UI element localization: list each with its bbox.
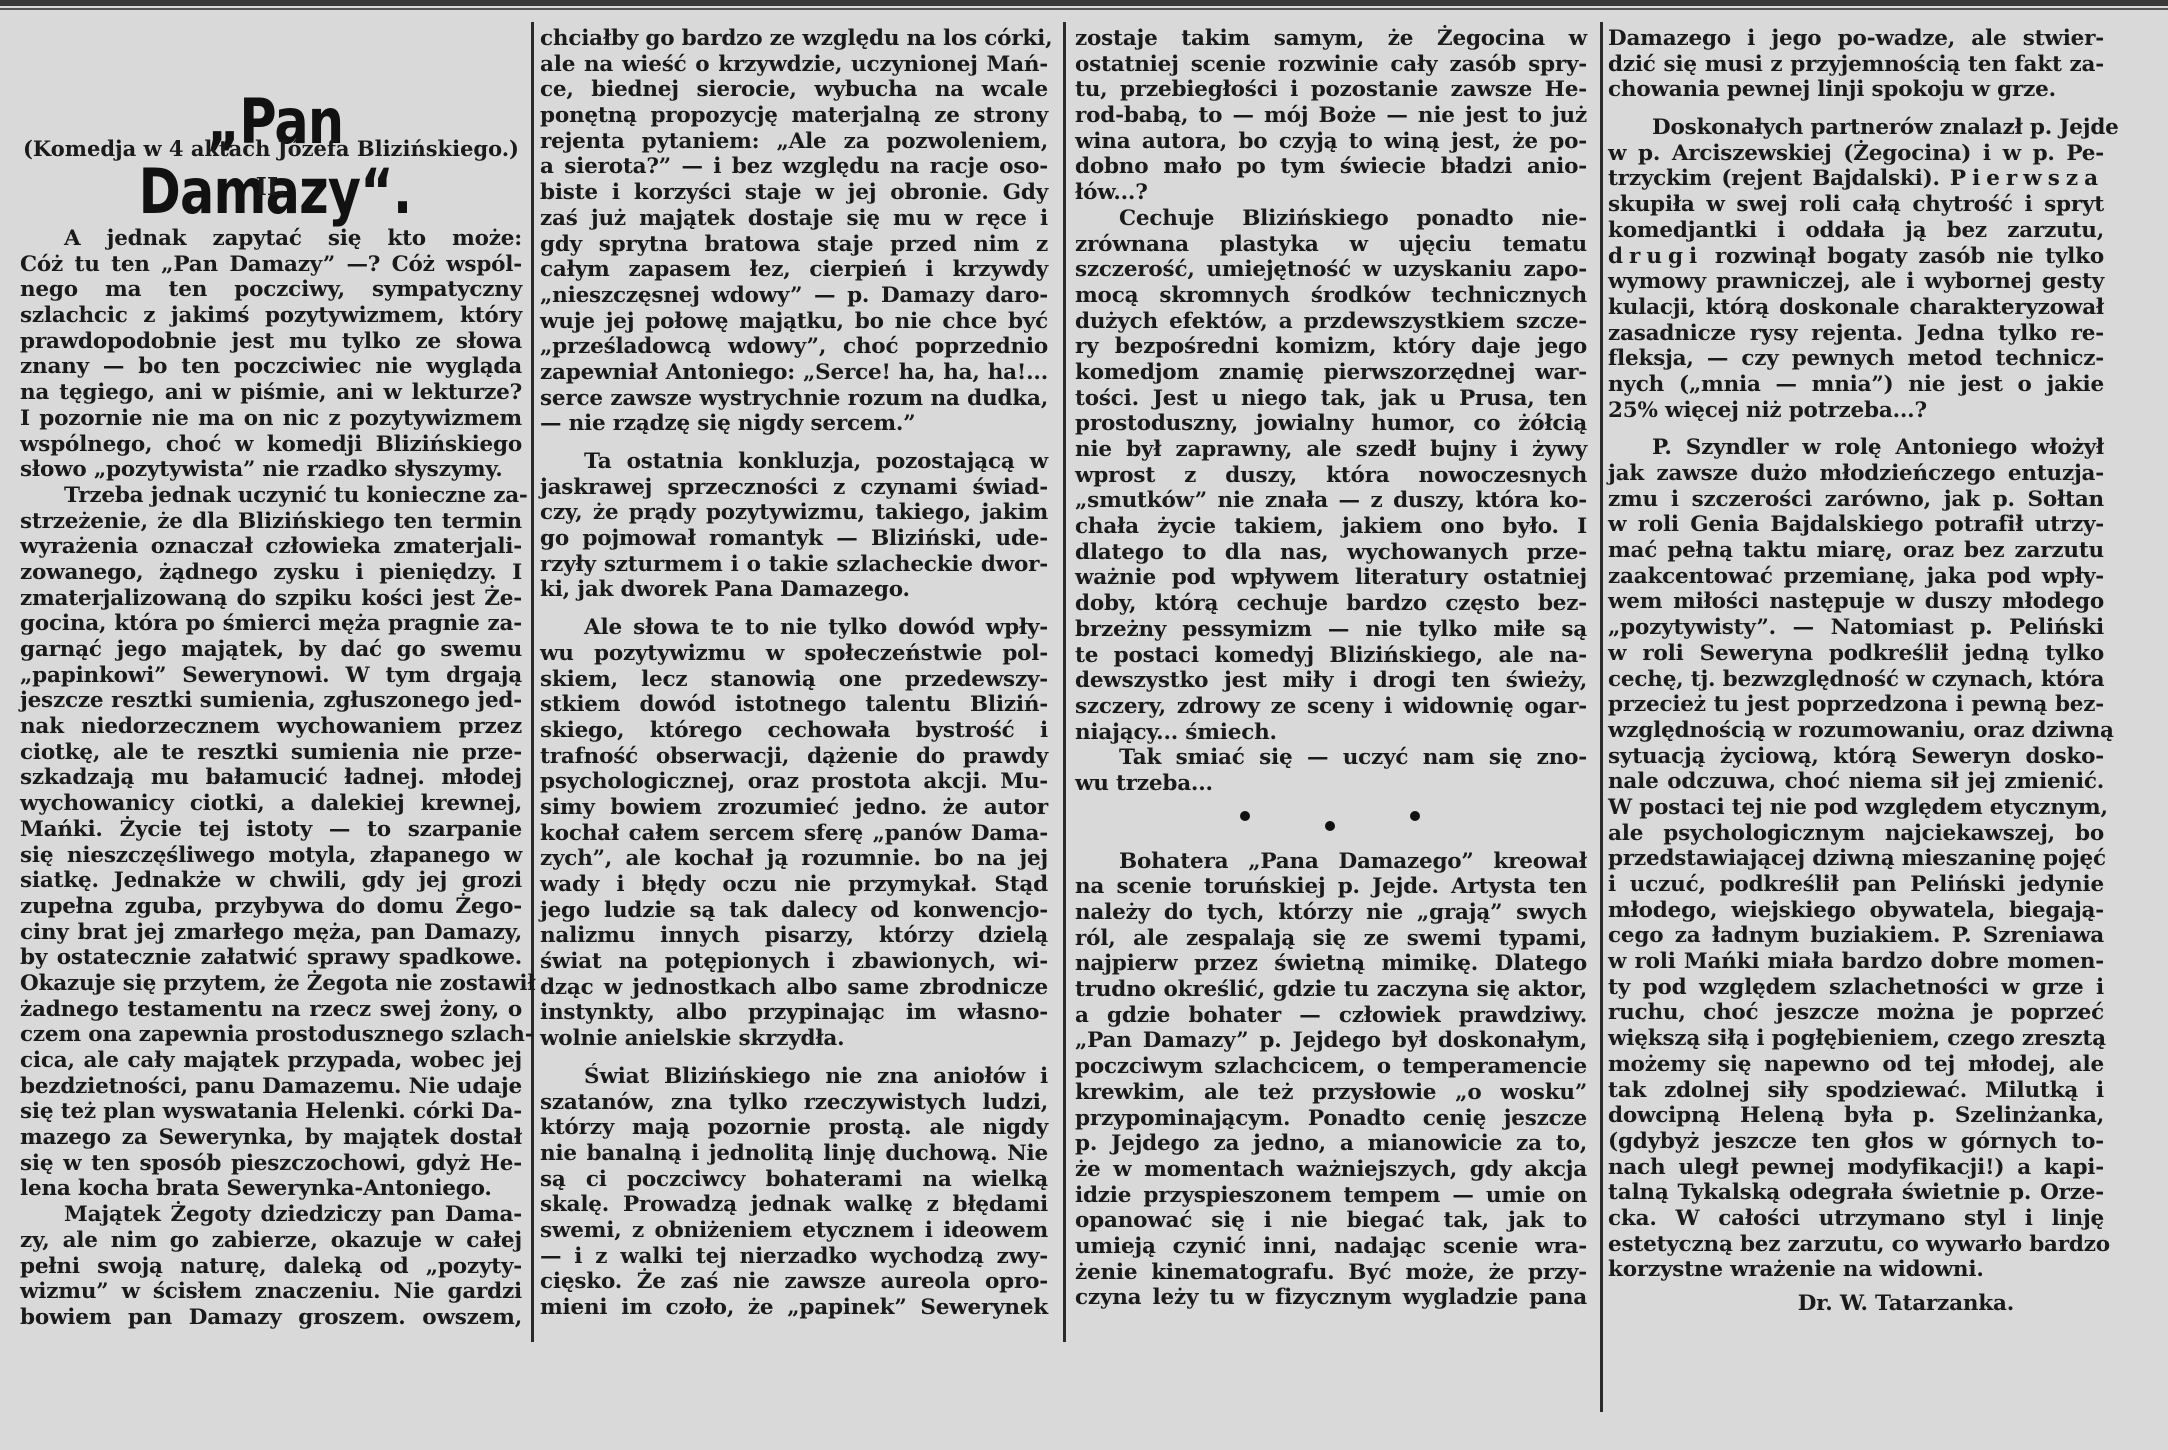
text-line: by ostatecznie załatwić sprawy spadkowe. (20, 945, 522, 971)
text-line: Majątek Żegoty dziedziczy pan Dama- (20, 1202, 522, 1228)
text-line: na scenie toruńskiej p. Jejde. Artysta t… (1075, 874, 1587, 900)
text-line: bowiem pan Damazy groszem. owszem, (20, 1305, 522, 1331)
column-4: Damazego i jego po-wadze, ale stwier-dzi… (1608, 26, 2104, 1317)
text-line: chowania pewnej linji spokoju w grze. (1608, 77, 2104, 103)
text-line: nalizmu innych pisarzy, którzy dzielą (540, 923, 1048, 949)
text-line: dzić się musi z przyjemnością ten fakt z… (1608, 52, 2104, 78)
text-line: Trzeba jednak uczynić tu konieczne za- (20, 483, 522, 509)
article-part-number: II. (20, 172, 522, 202)
text-line: zych”, ale kochał ją rozumnie. bo na jej (540, 846, 1048, 872)
text-line: Bohatera „Pana Damazego” kreował (1075, 849, 1587, 875)
text-line: dząc w jednostkach albo same zbrodnicze (540, 975, 1048, 1001)
text-line: dewszystko jest miły i drogi ten świeży, (1075, 668, 1587, 694)
text-line: Damazego i jego po-wadze, ale stwier- (1608, 26, 2104, 52)
text-line: Ta ostatnia konkluzja, pozostającą w (540, 449, 1048, 475)
text-line: skiego, którego cechowała bystrość i (540, 718, 1048, 744)
author-signature: Dr. W. Tatarzanka. (1608, 1291, 2104, 1317)
text-line: ponętną propozycję materjalną ze strony (540, 103, 1048, 129)
text-line: łów...? (1075, 180, 1587, 206)
text-line: szczerość, umiejętność w uzyskaniu zapo- (1075, 257, 1587, 283)
text-line: dowcipną Heleną była p. Szelinżanka, (1608, 1103, 2104, 1129)
text-line: mocą skromnych środków technicznych (1075, 283, 1587, 309)
text-line: psychologicznej, oraz prostota akcji. Mu… (540, 769, 1048, 795)
text-line: czem ona zapewnia prostodusznego szlach- (20, 1022, 522, 1048)
text-line: zasadnicze rysy rejenta. Jedna tylko re- (1608, 321, 2104, 347)
text-line: wu trzeba... (1075, 771, 1587, 797)
text-line: wady i błędy oczu nie przymykał. Stąd (540, 872, 1048, 898)
text-line: najpierw przez świetną mimikę. Dlatego (1075, 951, 1587, 977)
text-line: ce, biednej sierocie, wybucha na wcale (540, 77, 1048, 103)
text-line: „papinkowi” Sewerynowi. W tym drgają (20, 663, 522, 689)
text-line: tości. Jest u niego tak, jak u Prusa, te… (1075, 386, 1587, 412)
text-line: gocina, która po śmierci męża pragnie za… (20, 611, 522, 637)
section-separator-dots (1075, 797, 1587, 849)
text-line: komedjom znamię pierwszorzędnej war- (1075, 360, 1587, 386)
text-line: wuje jej połowę majątku, bo nie chce być (540, 309, 1048, 335)
text-line: szczery, zdrowy ze sceny i widownię ogar… (1075, 694, 1587, 720)
top-border-rule (0, 0, 2168, 6)
text-line: I pozornie nie ma on nic z pozytywizmem (20, 406, 522, 432)
column-2: chciałby go bardzo ze względu na los cór… (540, 26, 1048, 1321)
text-line: sytuacją życiową, którą Seweryn dosko- (1608, 744, 2104, 770)
text-line: a gdzie bohater — człowiek prawdziwy. (1075, 1003, 1587, 1029)
text-line: nach uległ pewnej modyfikacji!) a kapi- (1608, 1155, 2104, 1181)
text-line: tak zdolnej siły spodziewać. Milutką i (1608, 1078, 2104, 1104)
text-line: ciotkę, ale te resztki sumienia nie prze… (20, 740, 522, 766)
text-line: wem miłości następuje w duszy młodego (1608, 589, 2104, 615)
text-line: prawdopodobnie jest mu tylko ze słowa (20, 329, 522, 355)
text-line: poczciwym szlachcicem, o temperamencie (1075, 1054, 1587, 1080)
text-line: szatanów, zna tylko rzeczywistych ludzi, (540, 1090, 1048, 1116)
text-line: zowanego, żądnego zysku i pieniędzy. I (20, 560, 522, 586)
separator-dot-icon (1325, 821, 1335, 831)
text-line: się w ten sposób pieszczochowi, gdyż He- (20, 1151, 522, 1177)
text-line: „prześladowcą wdowy”, choć poprzednio (540, 334, 1048, 360)
column-divider (1063, 22, 1066, 1342)
text-line: trudno określić, gdzie tu zaczyna się ak… (1075, 977, 1587, 1003)
text-line: kochał całem sercem sferę „panów Dama- (540, 821, 1048, 847)
text-line: zupełna zguba, przybywa do domu Żego- (20, 894, 522, 920)
text-line: kulacji, którą doskonale charakteryzował (1608, 295, 2104, 321)
text-line: nak niedorzecznem wychowaniem przez (20, 714, 522, 740)
text-line: skiem, lecz stanowią one przedewszy- (540, 667, 1048, 693)
text-line: żadnego testamentu na rzecz swej żony, o (20, 997, 522, 1023)
text-line: A jednak zapytać się kto może: (20, 226, 522, 252)
paragraph-gap (540, 437, 1048, 449)
text-line: cięsko. Że zaś nie zawsze aureola opro- (540, 1269, 1048, 1295)
text-line: garnąć jego majątek, by dać go swemu (20, 637, 522, 663)
text-line: te postaci komedyj Blizińskiego, ale na- (1075, 643, 1587, 669)
text-line: mieni im czoło, że „papinek” Sewerynek (540, 1295, 1048, 1321)
text-line: Cóż tu ten „Pan Damazy” —? Cóż wspól- (20, 252, 522, 278)
text-line: nie był zaprawny, ale szedł bujny i żywy (1075, 437, 1587, 463)
text-line: młodego, wiejskiego obywatela, biegają- (1608, 898, 2104, 924)
text-line: należy do tych, którzy nie „grają” swych (1075, 900, 1587, 926)
text-line: idzie przyspieszonem tempem — umie on (1075, 1183, 1587, 1209)
text-line: doby, którą cechuje bardzo często bez- (1075, 591, 1587, 617)
text-line: ale psychologicznym najciekawszej, bo (1608, 821, 2104, 847)
text-line: że w momentach ważniejszych, gdy akcja (1075, 1157, 1587, 1183)
text-line: nego ma ten poczciwy, sympatyczny (20, 277, 522, 303)
text-line: ostatniej scenie rozwinie cały zasób spr… (1075, 52, 1587, 78)
text-line: słowo „pozytywista” nie rzadko słyszymy. (20, 457, 522, 483)
text-line: dlatego to dla nas, wychowanych prze- (1075, 540, 1587, 566)
text-line: zaakcentować przemianę, jaka pod wpły- (1608, 564, 2104, 590)
text-line: dobno mało po tym świecie bładzi anio- (1075, 154, 1587, 180)
text-line: ważnie pod wpływem literatury ostatniej (1075, 565, 1587, 591)
text-line: mazego za Sewerynka, by majątek dostał (20, 1125, 522, 1151)
text-line: tu, przebiegłości i pozostanie zawsze He… (1075, 77, 1587, 103)
text-line: chała życie takiem, jakiem ono było. I (1075, 514, 1587, 540)
text-line: jeszcze resztki sumienia, zgłuszonego je… (20, 688, 522, 714)
paragraph-gap (1608, 103, 2104, 115)
article-subtitle: (Komedja w 4 aktach Józefa Blizińskiego.… (16, 135, 526, 163)
text-line: gdy sprytna bratowa staje przed nim z (540, 232, 1048, 258)
text-line: bezdzietności, panu Damazemu. Nie udaje (20, 1074, 522, 1100)
column-divider (1600, 22, 1603, 1412)
paragraph-gap (540, 603, 1048, 615)
text-line: znany — bo ten poczciwiec nie wygląda (20, 354, 522, 380)
text-line: „nieszczęsnej wdowy” — p. Damazy daro- (540, 283, 1048, 309)
text-line: chciałby go bardzo ze względu na los cór… (540, 26, 1048, 52)
text-line: lena kocha brata Sewerynka-Antoniego. (20, 1176, 522, 1202)
text-line: całym zapasem łez, cierpień i krzywdy (540, 257, 1048, 283)
text-line: „pozytywisty”. — Natomiast p. Peliński (1608, 615, 2104, 641)
text-line: prostoduszny, jowialny humor, co żółcią (1075, 411, 1587, 437)
text-line: ciny brat jej zmarłego męża, pan Damazy, (20, 920, 522, 946)
text-line: fleksja, — czy pewnych metod technicz- (1608, 346, 2104, 372)
text-line: korzystne wrażenie na widowni. (1608, 1257, 2104, 1283)
text-line: przecież tu jest poprzedzona i pewną bez… (1608, 692, 2104, 718)
paragraph-gap (1608, 423, 2104, 435)
text-line: cego za ładnym buziakiem. P. Szreniawa (1608, 923, 2104, 949)
text-line: którzy mają pozornie prostą. ale nigdy (540, 1115, 1048, 1141)
text-line: cica, ale cały majątek przypada, wobec j… (20, 1048, 522, 1074)
text-line: w roli Genia Bajdalskiego potrafił utrzy… (1608, 512, 2104, 538)
emphasized-word: drugi (1608, 244, 1703, 269)
text-line: niający... śmiech. (1075, 720, 1587, 746)
text-line: „Pan Damazy” p. Jejdego był doskonałym, (1075, 1028, 1587, 1054)
text-line: w roli Mańki miała bardzo dobre momen- (1608, 949, 2104, 975)
text-line: skalę. Prowadzą jednak walkę z błędami (540, 1192, 1048, 1218)
text-line: zostaje takim samym, że Żegocina w (1075, 26, 1587, 52)
text-line: się też plan wyswatania Helenki. córki D… (20, 1099, 522, 1125)
text-line: Okazuje się przytem, że Żegota nie zosta… (20, 971, 522, 997)
text-line: krewkim, ale też przysłowie „o wosku” (1075, 1080, 1587, 1106)
text-line: mać pełną taktu miarę, oraz bez zarzutu (1608, 538, 2104, 564)
text-line: trafność obserwacji, dążenie do prawdy (540, 744, 1048, 770)
text-line: biste i korzyści staje w jej obronie. Gd… (540, 180, 1048, 206)
text-line: i uczuć, podkreślił pan Peliński jedynie (1608, 872, 2104, 898)
text-line: drugi rozwinął bogaty zasób nie tylko (1608, 244, 2104, 270)
text-line: czyna leży tu w fizycznym wygladzie pana (1075, 1285, 1587, 1311)
text-line: wymowy prawniczej, ale i wybornej gesty (1608, 269, 2104, 295)
text-line: komedjantki i oddała ją bez zarzutu, (1608, 218, 2104, 244)
text-line: ale na wieść o krzywdzie, uczynionej Mań… (540, 52, 1048, 78)
text-line: estetyczną bez zarzutu, co wywarło bardz… (1608, 1232, 2104, 1258)
text-line: opanować się i nie biegać tak, jak to (1075, 1208, 1587, 1234)
text-line: go pojmował romantyk — Bliziński, ude- (540, 526, 1048, 552)
text-line: cka. W całości utrzymano styl i linję (1608, 1206, 2104, 1232)
text-line: są ci poczciwcy bohaterami na wielką (540, 1167, 1048, 1193)
text-line: W postaci tej nie pod względem etycznym, (1608, 795, 2104, 821)
text-line: trzyckim (rejent Bajdalski). Pierwsza (1608, 166, 2104, 192)
text-line: umieją czynić inni, nadając scenie wra- (1075, 1234, 1587, 1260)
text-line: Tak smiać się — uczyć nam się zno- (1075, 745, 1587, 771)
text-line: jak zawsze dużo młodzieńczego entuzja- (1608, 461, 2104, 487)
text-line: szkadzają mu bałamucić ładnej. młodej (20, 765, 522, 791)
text-line: p. Jejdego za jedno, a mianowicie za to, (1075, 1131, 1587, 1157)
text-line: stkiem dowód istotnego talentu Bliziń- (540, 692, 1048, 718)
text-line: jego ludzie są tak dalecy od konwencjo- (540, 898, 1048, 924)
text-line: skupiła w swej roli całą chytrość i spry… (1608, 192, 2104, 218)
text-line: wyrażenia oznaczał człowieka zmaterjali- (20, 534, 522, 560)
text-line: cechę, tj. bezwzględność w czynach, któr… (1608, 667, 2104, 693)
text-line: (gdybyż jeszcze ten głos w górnych to- (1608, 1129, 2104, 1155)
text-line: przedstawiającej dziwną mieszaninę pojęć (1608, 846, 2104, 872)
text-line: simy bowiem zrozumieć jedno. że autor (540, 795, 1048, 821)
text-line: wu pozytywizmu w społeczeństwie pol- (540, 641, 1048, 667)
text-line: jaskrawej sprzeczności z czynami świad- (540, 475, 1048, 501)
text-line: — i z walki tej nierzadko wychodzą zwy- (540, 1244, 1048, 1270)
text-line: w roli Seweryna podkreślił jedną tylko (1608, 641, 2104, 667)
text-line: pełni swoją naturę, daleką od „pozyty- (20, 1254, 522, 1280)
text-line: dużych efektów, a przdewszystkiem szcze- (1075, 309, 1587, 335)
text-line: zapewniał Antoniego: „Serce! ha, ha, ha!… (540, 360, 1048, 386)
text-line: swemi, z obniżeniem etycznem i ideowem (540, 1218, 1048, 1244)
separator-dot-icon (1410, 811, 1420, 821)
text-line: świat na potępionych i zbawionych, wi- (540, 949, 1048, 975)
text-line: serce zawsze wystrychnie rozum na dudka, (540, 386, 1048, 412)
text-line: zmaterjalizowaną do szpiku kości jest Że… (20, 586, 522, 612)
text-line: Doskonałych partnerów znalazł p. Jejde (1608, 115, 2104, 141)
text-line: „smutków” nie znała — z duszy, która ko- (1075, 488, 1587, 514)
top-border-rule-thin (0, 8, 2168, 10)
text-line: zy, ale nim go zabierze, okazuje w całej (20, 1228, 522, 1254)
text-line: strzeżenie, że dla Blizińskiego ten term… (20, 509, 522, 535)
text-line: wspólnego, choć w komedji Blizińskiego (20, 432, 522, 458)
text-line: ról, ale zespalają się ze swemi typami, (1075, 926, 1587, 952)
text-line: przypominającym. Ponadto cenię jeszcze (1075, 1106, 1587, 1132)
paragraph-gap (540, 1052, 1048, 1064)
text-line: ruchu, choć jeszcze można je poprzeć (1608, 1000, 2104, 1026)
text-line: możemy się napewno od tej młodej, ale (1608, 1052, 2104, 1078)
text-line: rejenta pytaniem: „Ale za pozwoleniem, (540, 129, 1048, 155)
text-line: rzyły szturmem i o takie szlacheckie dwo… (540, 552, 1048, 578)
text-line: zaś już majątek dostaje się mu w ręce i (540, 206, 1048, 232)
text-line: zrównana plastyka w ujęciu tematu (1075, 232, 1587, 258)
text-line: nie banalną i jednolitą linję duchową. N… (540, 1141, 1048, 1167)
text-line: — nie rządzę się nigdy sercem.” (540, 411, 1048, 437)
text-line: rod-babą, to — mój Boże — nie jest to ju… (1075, 103, 1587, 129)
text-line: względnością w rozumowaniu, oraz dziwną (1608, 718, 2104, 744)
text-line: nale odczuwa, choć niema sił jej zmienić… (1608, 769, 2104, 795)
text-line: żenie kinematografu. Być może, że przy- (1075, 1260, 1587, 1286)
text-line: ty pod względem szlachetności w grze i (1608, 975, 2104, 1001)
text-line: wprost z duszy, która nowoczesnych (1075, 463, 1587, 489)
text-line: instynkty, albo przypinając im własno- (540, 1000, 1048, 1026)
text-line: wina autora, bo czyją to winą jest, że p… (1075, 129, 1587, 155)
text-line: brzeżny pessymizm — nie tylko miłe są (1075, 617, 1587, 643)
text-line: w p. Arciszewskiej (Żegocina) i w p. Pe- (1608, 141, 2104, 167)
column-3: zostaje takim samym, że Żegocina wostatn… (1075, 26, 1587, 1311)
text-line: czy, że prądy pozytywizmu, takiego, jaki… (540, 500, 1048, 526)
text-line: siatkę. Jednakże w chwili, gdy jej grozi (20, 868, 522, 894)
text-line: wychowanicy ciotki, a dalekiej krewnej, (20, 791, 522, 817)
text-line: Mańki. Życie tej istoty — to szarpanie (20, 817, 522, 843)
text-line: nych („mnia — mnia”) nie jest o jakie (1608, 372, 2104, 398)
text-line: ry bezpośredni komizm, który daje jego (1075, 334, 1587, 360)
text-line: 25% więcej niż potrzeba...? (1608, 398, 2104, 424)
text-line: Świat Blizińskiego nie zna aniołów i (540, 1064, 1048, 1090)
separator-dot-icon (1240, 811, 1250, 821)
text-line: talną Tykalską odegrała świetnie p. Orze… (1608, 1180, 2104, 1206)
text-line: zmu i szczerości zarówno, jak p. Sołtan (1608, 487, 2104, 513)
text-line: P. Szyndler w rolę Antoniego włożył (1608, 435, 2104, 461)
text-line: wolnie anielskie skrzydła. (540, 1026, 1048, 1052)
column-divider (531, 22, 534, 1342)
column-1: A jednak zapytać się kto może:Cóż tu ten… (20, 226, 522, 1331)
text-line: Ale słowa te to nie tylko dowód wpły- (540, 615, 1048, 641)
text-line: a sierota?” — i bez względu na racje oso… (540, 154, 1048, 180)
text-line: wizmu” w ścisłem znaczeniu. Nie gardzi (20, 1279, 522, 1305)
text-line: na tęgiego, ani w piśmie, ani w lekturze… (20, 380, 522, 406)
emphasized-word: Pierwsza (1950, 166, 2104, 191)
text-line: się nieszczęśliwego motyla, złapanego w (20, 843, 522, 869)
text-line: Cechuje Blizińskiego ponadto nie- (1075, 206, 1587, 232)
text-line: większą siłą i pogłębieniem, czego zresz… (1608, 1026, 2104, 1052)
text-line: ki, jak dworek Pana Damazego. (540, 577, 1048, 603)
text-line: szlachcic z jakimś pozytywizmem, który (20, 303, 522, 329)
